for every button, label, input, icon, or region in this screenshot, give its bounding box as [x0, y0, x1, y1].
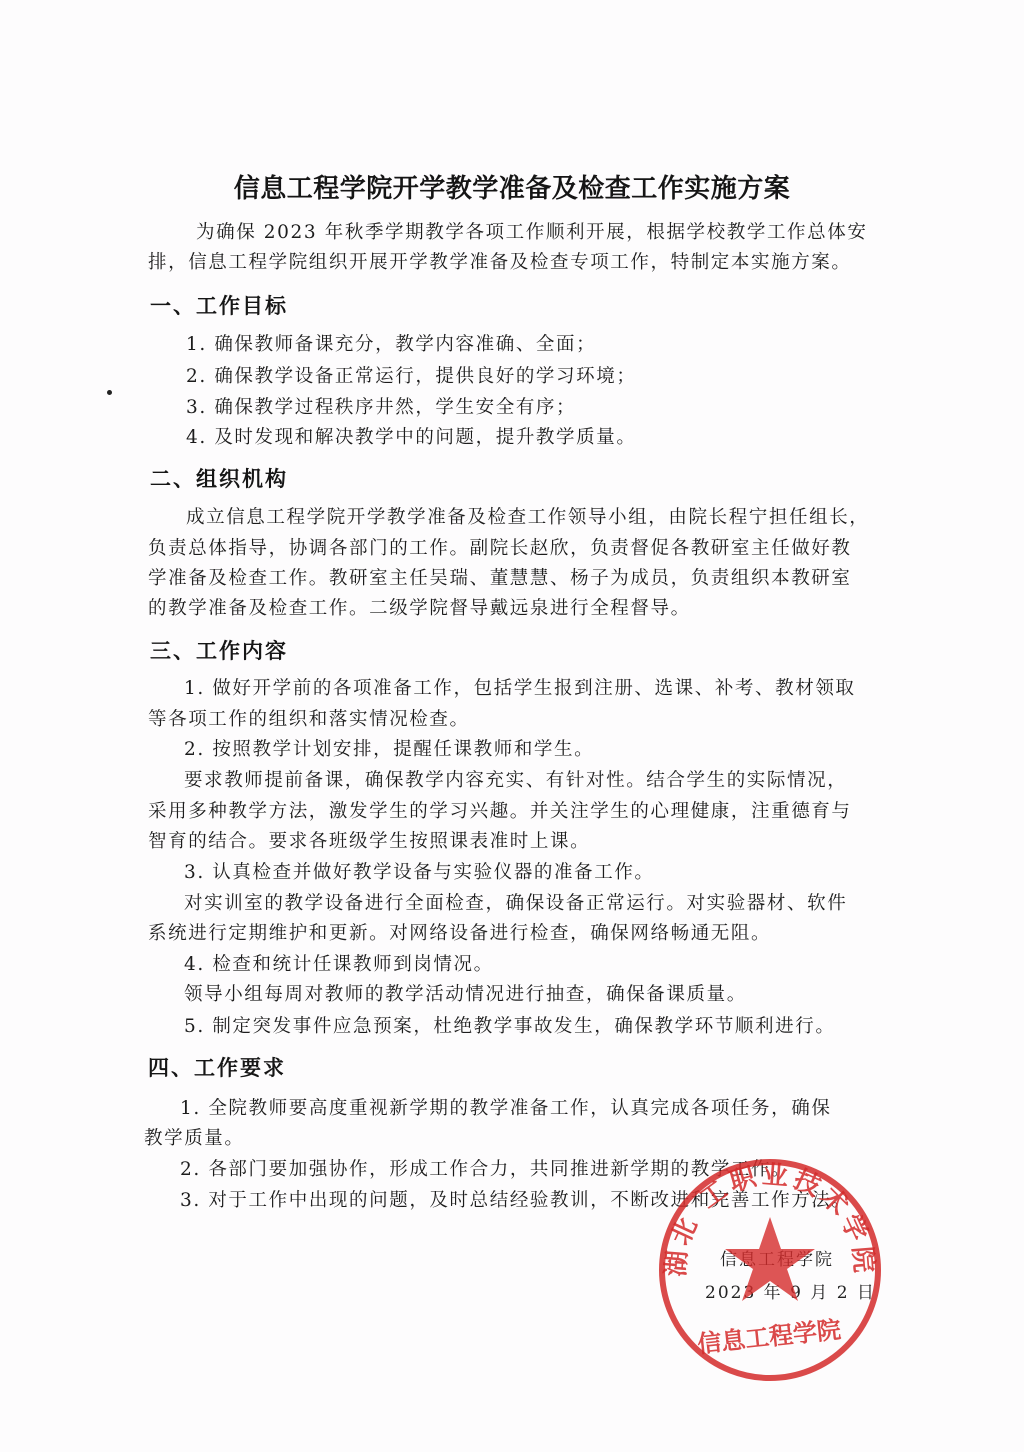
- document-title: 信息工程学院开学教学准备及检查工作实施方案: [0, 168, 1024, 205]
- signature-date: 2023 年 9 月 2 日: [705, 1278, 876, 1303]
- content-line: 4. 检查和统计任课教师到岗情况。: [184, 950, 494, 980]
- content-line: 等各项工作的组织和落实情况检查。: [148, 705, 470, 735]
- intro-line: 为确保 2023 年秋季学期教学各项工作顺利开展，根据学校教学工作总体安: [196, 218, 867, 248]
- requirement-line: 教学质量。: [144, 1124, 245, 1154]
- content-line: 2. 按照教学计划安排，提醒任课教师和学生。: [184, 735, 594, 765]
- organization-line: 成立信息工程学院开学教学准备及检查工作领导小组，由院长程宁担任组长，: [186, 503, 869, 533]
- seal-center-text: 信息工程学院: [696, 1316, 842, 1359]
- content-line: 3. 认真检查并做好教学设备与实验仪器的准备工作。: [184, 858, 655, 888]
- goal-item: 4. 及时发现和解决教学中的问题，提升教学质量。: [186, 423, 636, 453]
- goal-item: 1. 确保教师备课充分，教学内容准确、全面；: [186, 330, 596, 360]
- section-heading-goals: 一、工作目标: [150, 290, 288, 320]
- requirement-line: 3. 对于工作中出现的问题，及时总结经验教训，不断改进和完善工作方法。: [180, 1186, 852, 1216]
- document-page: 信息工程学院开学教学准备及检查工作实施方案 为确保 2023 年秋季学期教学各项…: [0, 0, 1024, 1452]
- requirement-line: 2. 各部门要加强协作，形成工作合力，共同推进新学期的教学工作。: [180, 1155, 791, 1185]
- intro-line: 排，信息工程学院组织开展开学教学准备及检查专项工作，特制定本实施方案。: [148, 248, 852, 278]
- content-line: 要求教师提前备课，确保教学内容充实、有针对性。结合学生的实际情况，: [184, 766, 847, 796]
- content-line: 领导小组每周对教师的教学活动情况进行抽查，确保备课质量。: [184, 980, 747, 1010]
- requirement-line: 1. 全院教师要高度重视新学期的教学准备工作，认真完成各项任务，确保: [180, 1094, 831, 1124]
- content-line: 系统进行定期维护和更新。对网络设备进行检查，确保网络畅通无阻。: [148, 919, 771, 949]
- goal-item: 2. 确保教学设备正常运行，提供良好的学习环境；: [186, 362, 636, 392]
- content-line: 5. 制定突发事件应急预案，杜绝教学事故发生，确保教学环节顺利进行。: [184, 1012, 835, 1042]
- content-line: 智育的结合。要求各班级学生按照课表准时上课。: [148, 827, 590, 857]
- goal-item: 3. 确保教学过程秩序井然，学生安全有序；: [186, 393, 576, 423]
- section-heading-content: 三、工作内容: [150, 635, 288, 665]
- content-line: 对实训室的教学设备进行全面检查，确保设备正常运行。对实验器材、软件: [184, 889, 847, 919]
- organization-line: 负责总体指导，协调各部门的工作。副院长赵欣，负责督促各教研室主任做好教: [148, 534, 852, 564]
- section-heading-requirements: 四、工作要求: [148, 1052, 286, 1082]
- signature-org: 信息工程学院: [720, 1245, 834, 1270]
- content-line: 采用多种教学方法，激发学生的学习兴趣。并关注学生的心理健康，注重德育与: [148, 797, 852, 827]
- content-line: 1. 做好开学前的各项准备工作，包括学生报到注册、选课、补考、教材领取: [184, 674, 856, 704]
- organization-line: 的教学准备及检查工作。二级学院督导戴远泉进行全程督导。: [148, 594, 691, 624]
- scan-speck: [107, 390, 112, 395]
- section-heading-organization: 二、组织机构: [150, 463, 288, 493]
- organization-line: 学准备及检查工作。教研室主任吴瑞、董慧慧、杨子为成员，负责组织本教研室: [148, 564, 852, 594]
